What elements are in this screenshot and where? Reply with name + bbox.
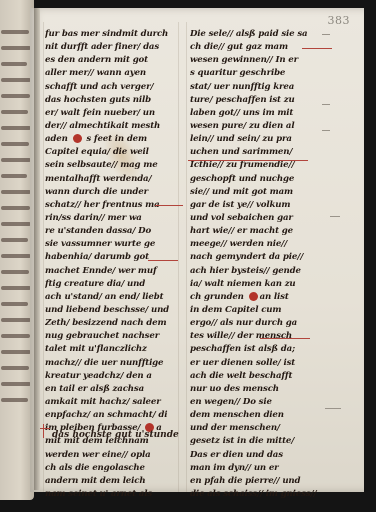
book-gutter (34, 8, 40, 490)
text-line: und vol sebaichen gar (190, 212, 322, 225)
text-line: nit durfft ader finer/ das (45, 41, 177, 54)
text-line: ach die welt beschafft (190, 370, 322, 383)
margin-mark (325, 408, 341, 409)
text-line: sie// und mit got mam (190, 186, 322, 199)
text-line: sein selbsaute// mag me (45, 159, 177, 172)
text-line: en wegen// Do sie (190, 396, 322, 409)
text-line: nug gebrauchet nachser (45, 330, 177, 343)
text-line: gesetz ist in die mitte/ (190, 435, 322, 448)
red-initial-icon (249, 292, 258, 301)
text-line: kreatur yeadchz/ den a (45, 370, 177, 383)
text-line: das hochsten guts nilb (45, 94, 177, 107)
text-line: machz// die uer nunfftige (45, 357, 177, 370)
text-line: Die sele// alsß paid sie sa (190, 28, 322, 41)
text-line: enpfachz/ an schmacht/ di (45, 409, 177, 422)
text-line: nam seinet u' arnet als (45, 488, 177, 501)
text-line: man im dyn// un er (190, 462, 322, 475)
marginal-note-text: das hochste gut u'stunde (52, 430, 179, 440)
marginal-note: das hochste gut u'stunde (52, 430, 179, 440)
text-line: rin/ss darin// mer wa (45, 212, 177, 225)
text-line: wesen gewinnen// In er (190, 54, 322, 67)
rubric-underline (148, 260, 178, 261)
folio-number: 383 (328, 14, 351, 27)
text-line: meege// werden nie// (190, 238, 322, 251)
text-line: re u'standen dassa/ Do (45, 225, 177, 238)
text-line: ach hier bysteis// gende (190, 265, 322, 278)
rubric-underline (155, 205, 183, 206)
text-line: talet mit u'flanczlichz (45, 343, 177, 356)
text-line: ia/ walt niemen kan zu (190, 278, 322, 291)
text-line: machet Ennde/ wer muf (45, 265, 177, 278)
text-line: schafft und ach verger/ (45, 81, 177, 94)
manuscript-page: 383 fur bas mer sindmit durchnit durfft … (30, 8, 364, 492)
margin-mark (330, 216, 340, 217)
text-line: ach u'stand/ an end/ liebt (45, 291, 177, 304)
ruling-line (186, 22, 187, 492)
text-line: in dem Capitel cum (190, 304, 322, 317)
rubric-underline (302, 48, 332, 49)
text-line: er/ walt fein nueber/ un (45, 107, 177, 120)
ruling-line (178, 22, 179, 492)
text-line: en pfah die pierre// und (190, 475, 322, 488)
text-line: uchen und sarimmen/ (190, 146, 322, 159)
text-line: die als schaiss// im gniess// (190, 488, 322, 501)
text-line: en tail er alsß zachsa (45, 383, 177, 396)
text-line: dem menschen dien (190, 409, 322, 422)
text-line: hart wie// er macht ge (190, 225, 322, 238)
text-line: wann durch die under (45, 186, 177, 199)
text-line: lein// und sein/ zu pra (190, 133, 322, 146)
text-line: Capitel equia/ die weil (45, 146, 177, 159)
rubric-underline (188, 160, 308, 161)
text-line: ture/ peschaffen ist zu (190, 94, 322, 107)
text-line: amkait mit hachz/ saleer (45, 396, 177, 409)
text-line: stat/ uer nunfftig krea (190, 81, 322, 94)
text-line: wesen pure/ zu dien al (190, 120, 322, 133)
text-line: mentalhafft werdenda/ (45, 173, 177, 186)
text-line: Icthie// zu frumendie// (190, 159, 322, 172)
facing-page-edge (0, 0, 34, 500)
text-line: ch grunden an list (190, 291, 322, 304)
text-line: geschopft und nuchge (190, 173, 322, 186)
text-line: andern mit dem leich (45, 475, 177, 488)
text-line: laben got// uns im mit (190, 107, 322, 120)
text-line: werden wer eine// opla (45, 449, 177, 462)
text-line: s quaritur geschribe (190, 67, 322, 80)
text-line: und der menschen/ (190, 422, 322, 435)
text-column-right: Die sele// alsß paid sie sach die// gut … (190, 28, 322, 501)
text-line: gar de ist ye// volkum (190, 199, 322, 212)
red-initial-icon (73, 134, 82, 143)
text-line: der// almechtikait mesth (45, 120, 177, 133)
margin-mark (322, 104, 330, 105)
text-line: Zeth/ besizzend nach dem (45, 317, 177, 330)
text-line: und liebend beschsse/ und (45, 304, 177, 317)
text-line: nach gemyndert da pie// (190, 251, 322, 264)
rubric-underline (260, 338, 310, 339)
text-line: peschaffen ist alsß da; (190, 343, 322, 356)
text-line: fur bas mer sindmit durch (45, 28, 177, 41)
text-line: tes wille// der mensch (190, 330, 322, 343)
text-line: es den andern mit got (45, 54, 177, 67)
ruling-line (43, 22, 44, 492)
text-line: ch als die engolasche (45, 462, 177, 475)
text-line: Das er dien und das (190, 449, 322, 462)
text-line: aller mer// wann ayen (45, 67, 177, 80)
text-line: nur uo des mensch (190, 383, 322, 396)
text-line: aden s feet in dem (45, 133, 177, 146)
text-line: ftig creature dia/ und (45, 278, 177, 291)
text-line: ergo// als nur durch ga (190, 317, 322, 330)
text-line: sie vassumner wurte ge (45, 238, 177, 251)
text-line: er uer dienen solle/ ist (190, 357, 322, 370)
text-line: habenhia/ darumb got (45, 251, 177, 264)
margin-mark (322, 34, 330, 35)
margin-mark (322, 130, 330, 131)
